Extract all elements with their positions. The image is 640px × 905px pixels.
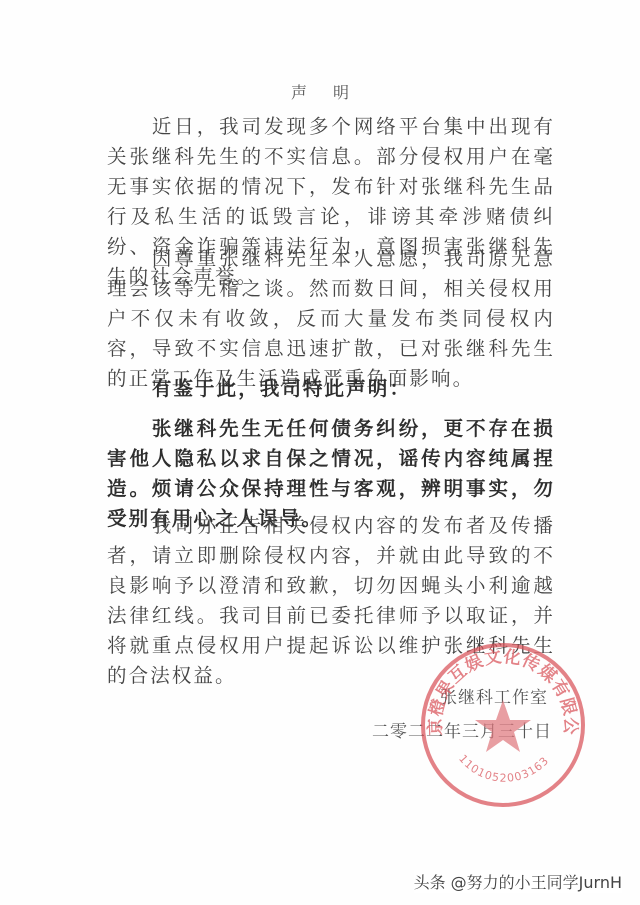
document-page: 声明 近日，我司发现多个网络平台集中出现有关张继科先生的不实信息。部分侵权用户在… bbox=[0, 0, 640, 905]
paragraph-text: 有鉴于此，我司特此声明： bbox=[107, 374, 555, 404]
signature-organization: 张继科工作室 bbox=[440, 683, 548, 708]
paragraph-text: 因尊重张继科先生本人意愿，我司原无意理会该等无稽之谈。然而数日间，相关侵权用户不… bbox=[107, 244, 555, 394]
document-title: 声明 bbox=[0, 80, 640, 103]
body-paragraph-5: 我司亦正告相关侵权内容的发布者及传播者，请立即删除侵权内容，并就由此导致的不良影… bbox=[107, 511, 555, 697]
paragraph-text: 我司亦正告相关侵权内容的发布者及传播者，请立即删除侵权内容，并就由此导致的不良影… bbox=[107, 511, 555, 691]
source-watermark: 头条 @努力的小王同学JurnH bbox=[414, 870, 622, 893]
svg-text:1101052003163: 1101052003163 bbox=[456, 752, 552, 785]
body-paragraph-3: 有鉴于此，我司特此声明： bbox=[107, 374, 555, 410]
signature-date: 二零二二年三月三十日 bbox=[372, 717, 552, 742]
